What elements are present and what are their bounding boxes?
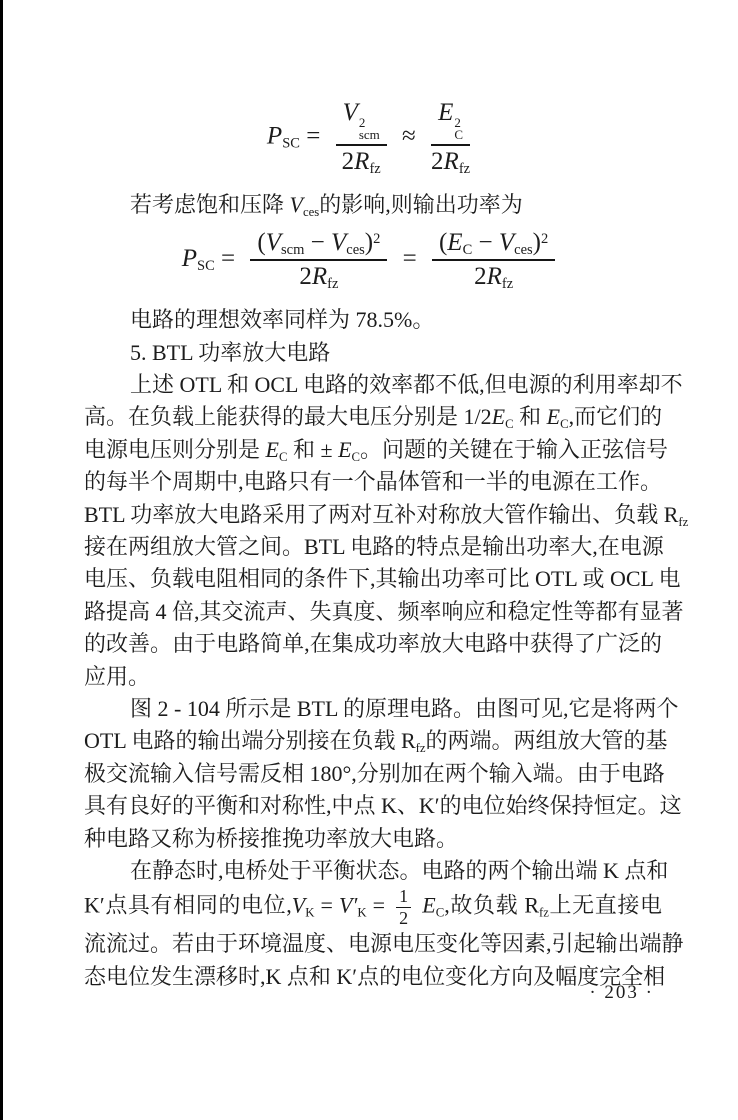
math-variable: E: [338, 437, 351, 462]
math-variable: E: [422, 893, 435, 918]
text-line: 在静态时,电桥处于平衡状态。电路的两个输出端 K 点和: [84, 855, 662, 887]
fraction: E2C2Rfz: [431, 100, 470, 175]
math-variable: V: [290, 192, 303, 217]
math-variable: V: [499, 229, 514, 256]
math-variable: R: [354, 148, 369, 175]
page-content: PSC = V2scm2Rfz ≈ E2C2Rfz 若考虑饱和压降 Vces的影…: [84, 92, 662, 993]
text-segment: OTL 电路的输出端分别接在负载 R: [84, 728, 416, 753]
subscript: SC: [197, 258, 215, 274]
math-variable: V′: [339, 893, 357, 918]
text-segment: ≈: [396, 122, 422, 149]
text-segment: 和: [514, 404, 547, 429]
fraction: (Vscm − Vces)22Rfz: [250, 230, 387, 291]
text-segment: 。问题的关键在于输入正弦信号: [360, 437, 668, 462]
fraction: V2scm2Rfz: [336, 100, 387, 175]
text-segment: 图 2 - 104 所示是 BTL 的原理电路。由图可见,它是将两个: [130, 696, 679, 721]
text-segment: ,而它们的: [569, 404, 663, 429]
text-line: 种电路又称为桥接推挽功率放大电路。: [84, 823, 662, 855]
superscript: 2: [373, 231, 380, 247]
text-segment: 电源电压则分别是: [84, 437, 266, 462]
text-line: 电路的理想效率同样为 78.5%。: [84, 304, 662, 336]
math-variable: V: [292, 893, 305, 918]
text-segment: 的两端。两组放大管的基: [426, 728, 668, 753]
fraction-numerator: 1: [396, 887, 411, 908]
text-segment: =: [367, 893, 392, 918]
text-segment: 路提高 4 倍,其交流声、失真度、频率响应和稳定性等都有显著: [84, 599, 684, 624]
math-variable: R: [487, 263, 502, 290]
text-segment: =: [215, 245, 242, 272]
text-segment: 和 ±: [287, 437, 338, 462]
superscript: 2: [541, 231, 548, 247]
text-segment: =: [314, 893, 339, 918]
text-segment: 2: [431, 148, 444, 175]
math-variable: P: [182, 245, 197, 272]
text-segment: 2: [399, 908, 408, 928]
supsub-stack: 2C: [454, 117, 463, 141]
scan-edge-artifact: [0, 0, 3, 1120]
subscript: scm: [281, 242, 304, 258]
text-line: 电源电压则分别是 EC 和 ± EC。问题的关键在于输入正弦信号: [84, 434, 662, 466]
text-line: 极交流输入信号需反相 180°,分别加在两个输入端。由于电路: [84, 758, 662, 790]
text-line: 高。在负载上能获得的最大电压分别是 1/2EC 和 EC,而它们的: [84, 401, 662, 433]
math-variable: E: [547, 404, 560, 429]
paragraph-btl-overview: 上述 OTL 和 OCL 电路的效率都不低,但电源的利用率却不高。在负载上能获得…: [84, 369, 662, 693]
subscript: ces: [346, 242, 365, 258]
text-segment: ): [533, 229, 541, 256]
subscript: C: [560, 417, 569, 431]
text-segment: 具有良好的平衡和对称性,中点 K、K′的电位始终保持恒定。这: [84, 793, 682, 818]
text-segment: 的影响,则输出功率为: [319, 192, 523, 217]
text-segment: 接在两组放大管之间。BTL 电路的特点是输出功率大,在电源: [84, 534, 664, 559]
subscript: C: [454, 129, 463, 141]
math-variable: R: [444, 148, 459, 175]
text-segment: 2: [342, 148, 355, 175]
text-line: 图 2 - 104 所示是 BTL 的原理电路。由图可见,它是将两个: [84, 693, 662, 725]
math-variable: E: [447, 229, 462, 256]
text-segment: −: [304, 229, 331, 256]
text-line: 态电位发生漂移时,K 点和 K′点的电位变化方向及幅度完全相: [84, 961, 662, 993]
text-segment: 电路的理想效率同样为 78.5%。: [130, 307, 434, 332]
text-segment: 2: [299, 263, 312, 290]
math-variable: E: [438, 99, 453, 126]
math-variable: V: [331, 229, 346, 256]
subscript: ces: [303, 205, 319, 219]
text-line: 5. BTL 功率放大电路: [84, 337, 662, 369]
text-segment: 上述 OTL 和 OCL 电路的效率都不低,但电源的利用率却不: [130, 372, 683, 397]
text-segment: 的每半个周期中,电路只有一个晶体管和一半的电源在工作。: [84, 469, 662, 494]
subscript: fz: [369, 161, 380, 177]
text-line: PSC = (Vscm − Vces)22Rfz = (EC − Vces)22…: [84, 224, 662, 297]
text-line: 流流过。若由于环境温度、电源电压变化等因素,引起输出端静: [84, 928, 662, 960]
subscript: C: [463, 242, 473, 258]
text-segment: (: [257, 229, 265, 256]
text-segment: 态电位发生漂移时,K 点和 K′点的电位变化方向及幅度完全相: [84, 964, 665, 989]
fraction-numerator: V2scm: [336, 100, 387, 146]
text-line: BTL 功率放大电路采用了两对互补对称放大管作输出、负载 Rfz: [84, 499, 662, 531]
text-line: 上述 OTL 和 OCL 电路的效率都不低,但电源的利用率却不: [84, 369, 662, 401]
subscript: ces: [514, 242, 533, 258]
subscript: C: [352, 450, 361, 464]
text-segment: =: [396, 245, 423, 272]
text-segment: 2: [474, 263, 487, 290]
fraction: (EC − Vces)22Rfz: [432, 230, 555, 291]
text-segment: 电压、负载电阻相同的条件下,其输出功率可比 OTL 或 OCL 电: [84, 566, 681, 591]
text-segment: 种电路又称为桥接推挽功率放大电路。: [84, 826, 458, 851]
fraction-denominator: 2Rfz: [431, 146, 470, 175]
subscript: fz: [502, 276, 513, 292]
text-line: PSC = V2scm2Rfz ≈ E2C2Rfz: [84, 94, 662, 181]
text-segment: 高。在负载上能获得的最大电压分别是 1/2: [84, 404, 492, 429]
text-segment: BTL 功率放大电路采用了两对互补对称放大管作输出、负载 R: [84, 502, 678, 527]
fraction-numerator: (Vscm − Vces)2: [250, 230, 387, 261]
text-segment: 的改善。由于电路简单,在集成功率放大电路中获得了广泛的: [84, 631, 662, 656]
text-segment: 极交流输入信号需反相 180°,分别加在两个输入端。由于电路: [84, 761, 665, 786]
subscript: K: [357, 906, 366, 920]
page-number: · 203 ·: [589, 982, 654, 1004]
math-variable: P: [267, 122, 282, 149]
text-segment: ): [365, 229, 373, 256]
math-variable: V: [343, 99, 358, 126]
fraction-denominator: 2Rfz: [474, 261, 513, 290]
subscript: C: [436, 906, 445, 920]
math-variable: E: [492, 404, 505, 429]
fraction: 12: [396, 887, 411, 928]
text-line: 的改善。由于电路简单,在集成功率放大电路中获得了广泛的: [84, 628, 662, 660]
paragraph-efficiency: 电路的理想效率同样为 78.5%。: [84, 304, 662, 336]
math-variable: E: [266, 437, 279, 462]
fraction-denominator: 2: [399, 908, 408, 928]
text-line: 接在两组放大管之间。BTL 电路的特点是输出功率大,在电源: [84, 531, 662, 563]
text-line: 电压、负载电阻相同的条件下,其输出功率可比 OTL 或 OCL 电: [84, 563, 662, 595]
text-line: 具有良好的平衡和对称性,中点 K、K′的电位始终保持恒定。这: [84, 790, 662, 822]
text-line: 的每半个周期中,电路只有一个晶体管和一半的电源在工作。: [84, 466, 662, 498]
text-line: 应用。: [84, 661, 662, 693]
text-line: 若考虑饱和压降 Vces的影响,则输出功率为: [84, 189, 662, 221]
fraction-numerator: (EC − Vces)2: [432, 230, 555, 261]
text-line: K′点具有相同的电位,VK = V′K = 12 EC,故负载 Rfz上无直接电: [84, 887, 662, 928]
subscript: fz: [327, 276, 338, 292]
paragraph-btl-principle: 图 2 - 104 所示是 BTL 的原理电路。由图可见,它是将两个OTL 电路…: [84, 693, 662, 855]
text-segment: ,故负载 R: [444, 893, 539, 918]
text-segment: K′点具有相同的电位,: [84, 893, 292, 918]
fraction-denominator: 2Rfz: [299, 261, 338, 290]
section-heading-btl: 5. BTL 功率放大电路: [84, 337, 662, 369]
fraction-numerator: E2C: [431, 100, 470, 146]
text-segment: −: [472, 229, 499, 256]
math-variable: V: [266, 229, 281, 256]
text-segment: 1: [399, 886, 408, 906]
formula-output-power-ideal: PSC = V2scm2Rfz ≈ E2C2Rfz: [84, 94, 662, 181]
text-segment: 流流过。若由于环境温度、电源电压变化等因素,引起输出端静: [84, 931, 684, 956]
text-line: 路提高 4 倍,其交流声、失真度、频率响应和稳定性等都有显著: [84, 596, 662, 628]
fraction-denominator: 2Rfz: [342, 146, 381, 175]
supsub-stack: 2scm: [359, 117, 380, 141]
text-segment: =: [300, 122, 327, 149]
text-line: OTL 电路的输出端分别接在负载 Rfz的两端。两组放大管的基: [84, 725, 662, 757]
paragraph-static-balance: 在静态时,电桥处于平衡状态。电路的两个输出端 K 点和K′点具有相同的电位,VK…: [84, 855, 662, 993]
text-segment: 5. BTL 功率放大电路: [130, 340, 330, 365]
paragraph-vces-note: 若考虑饱和压降 Vces的影响,则输出功率为: [84, 189, 662, 221]
subscript: scm: [359, 129, 380, 141]
text-segment: 若考虑饱和压降: [130, 192, 290, 217]
subscript: SC: [282, 135, 300, 151]
subscript: fz: [416, 741, 426, 755]
subscript: fz: [678, 515, 688, 529]
subscript: C: [505, 417, 514, 431]
math-variable: R: [312, 263, 327, 290]
text-segment: 上无直接电: [549, 893, 662, 918]
formula-output-power-saturation: PSC = (Vscm − Vces)22Rfz = (EC − Vces)22…: [84, 224, 662, 297]
text-segment: 应用。: [84, 664, 150, 689]
text-segment: 在静态时,电桥处于平衡状态。电路的两个输出端 K 点和: [130, 858, 668, 883]
subscript: fz: [539, 906, 549, 920]
subscript: fz: [459, 161, 470, 177]
